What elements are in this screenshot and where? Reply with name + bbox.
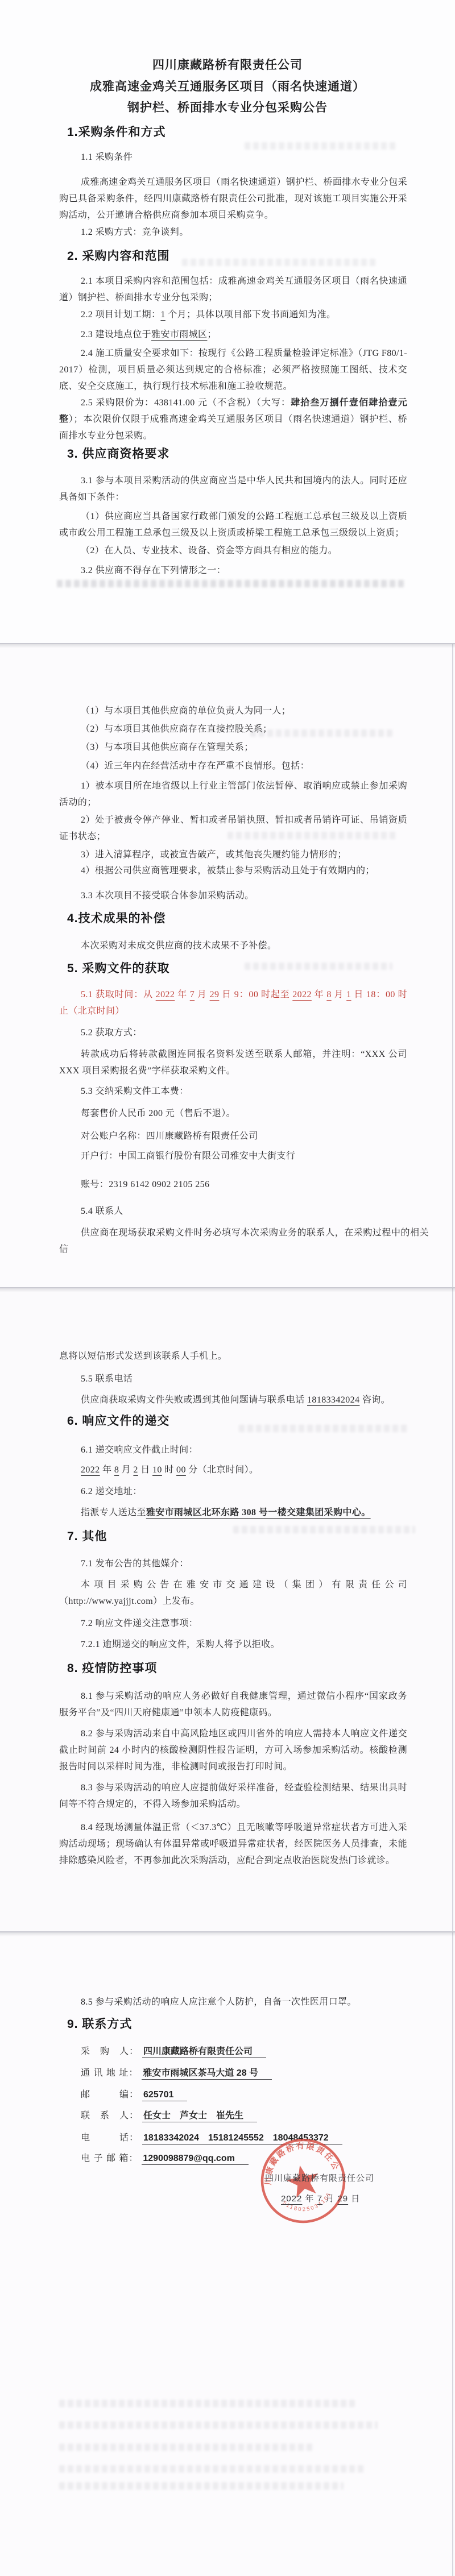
signature-date: 2022 年 7 月 29 日	[281, 2192, 360, 2204]
underlined-duration: 1	[160, 310, 165, 320]
paragraph-account-name: 对公账户名称：四川康藏路桥有限责任公司	[59, 1128, 407, 1144]
ghost-text	[59, 2400, 355, 2407]
text: 月	[332, 990, 346, 999]
underlined-year: 2022	[292, 990, 312, 999]
paragraph-8-2: 8.2 参与采购活动来自中高风险地区或四川省外的响应人需持本人响应文件递交截止时…	[59, 1725, 407, 1775]
text: 年	[175, 990, 189, 999]
underlined-day: 29	[337, 2194, 348, 2204]
paragraph-delivery-address: 指派专人送达至雅安市雨城区北环东路 308 号一楼交建集团采购中心。	[59, 1504, 407, 1521]
ghost-text	[245, 963, 392, 970]
underlined-year: 2022	[156, 990, 175, 999]
paragraph-4-1: 本次采购对未成交供应商的技术成果不予补偿。	[59, 938, 407, 954]
underlined-hour: 10	[152, 1465, 162, 1475]
paragraph-3-2: 3.2 供应商不得存在下列情形之一：	[59, 562, 407, 579]
list-item: （1）与本项目其他供应商的单位负责人为同一人；	[59, 703, 407, 719]
section-heading-9: 9. 联系方式	[67, 2017, 431, 2032]
text: 供应商获取采购文件失败或遇到其他问题请与联系电话	[81, 1395, 307, 1405]
ghost-text	[59, 2444, 315, 2451]
ghost-text	[59, 2421, 378, 2429]
text: 月	[119, 1465, 133, 1475]
paragraph-5-5-detail: 供应商获取采购文件失败或遇到其他问题请与联系电话 18183342024 咨询。	[59, 1392, 407, 1408]
paragraph-2-2: 2.2 项目计划工期：1 个月；具体以项目部下发书面通知为准。	[59, 306, 407, 323]
list-item: 3）进入清算程序，或被宣告破产，或其他丧失履约能力情形的；	[59, 847, 407, 863]
ghost-text	[182, 259, 375, 266]
paragraph-5-4: 5.4 联系人	[59, 1203, 407, 1219]
section-heading-8: 8. 疫情防控事项	[67, 1661, 431, 1676]
paragraph-3-1: 3.1 参与本项目采购活动的供应商应当是中华人民共和国境内的法人。同时还应具备如…	[59, 472, 407, 505]
paragraph-8-3: 8.3 参与采购活动的响应人应提前做好采样准备，经查验检测结果、结果出具时间等不…	[59, 1779, 407, 1812]
field-label: 电 话：	[81, 2133, 139, 2143]
document-page-4: 8.5 参与采购活动的响应人应注意个人防护，自备一次性医用口罩。 9. 联系方式…	[0, 1931, 455, 2576]
list-item: （2）在人员、专业技术、设备、资金等方面具有相应的能力。	[59, 542, 407, 559]
paragraph-bank: 开户行：中国工商银行股份有限公司雅安中大街支行	[59, 1148, 407, 1164]
paragraph-7-2: 7.2 响应文件递交注意事项：	[59, 1615, 407, 1632]
paragraph-3-3: 3.3 本次项目不接受联合体参加采购活动。	[59, 887, 407, 904]
document-page-3: 息将以短信形式发送到该联系人手机上。 5.5 联系电话 供应商获取采购文件失败或…	[0, 1287, 455, 1931]
text: 咨询。	[359, 1395, 390, 1405]
page-edge-line	[452, 644, 453, 1287]
underlined-month: 8	[326, 990, 331, 999]
paragraph-2-5: 2.5 采购限价为：438141.00 元（不含税）（大写：肆拾叁万捌仟壹佰肆拾…	[59, 395, 407, 444]
field-label: 邮 编：	[81, 2090, 139, 2100]
field-row-contacts: 联 系 人：任女士 芦女士 崔先生	[81, 2108, 257, 2121]
paragraph-2-1: 2.1 本项目采购内容和范围包括：成雅高速金鸡关互通服务区项目（雨名快速通道）钢…	[59, 273, 407, 306]
paragraph-5-4-detail: 供应商在现场获取采购文件时务必填写本次采购业务的联系人，在采购过程中的相关信	[59, 1225, 429, 1258]
page-edge-line	[452, 1932, 453, 2576]
field-value: 625701	[142, 2090, 187, 2101]
document-page-2: （1）与本项目其他供应商的单位负责人为同一人； （2）与本项目其他供应商存在直接…	[0, 643, 455, 1287]
underlined-location: 雅安市雨城区	[151, 330, 207, 339]
section-heading-4: 4.技术成果的补偿	[67, 911, 431, 926]
page-edge-line	[452, 1288, 453, 1931]
text: 日 9：00 时起至	[219, 990, 292, 999]
field-value: 1290098879@qq.com	[142, 2154, 248, 2165]
paragraph-5-5: 5.5 联系电话	[59, 1371, 407, 1387]
field-row-email: 电 子 邮 箱：1290098879@qq.com	[81, 2151, 249, 2164]
paragraph-5-1-obtain-time: 5.1 获取时间：从 2022 年 7 月 29 日 9：00 时起至 2022…	[59, 986, 407, 1019]
paragraph-price: 每套售价人民币 200 元（售后不退）。	[59, 1105, 407, 1122]
text: 指派专人送达至	[81, 1508, 146, 1517]
ghost-text	[59, 2465, 366, 2473]
list-item: （3）与本项目其他供应商存在管理关系；	[59, 739, 407, 756]
ghost-text	[245, 142, 398, 150]
list-item: 2）处于被责令停产停业、暂扣或者吊销执照、暂扣或者吊销许可证、吊销资质证书状态；	[59, 812, 407, 845]
text: 日	[348, 2194, 360, 2204]
field-row-purchaser: 采 购 人：四川康藏路桥有限责任公司	[81, 2044, 266, 2057]
underlined-day: 29	[210, 990, 220, 999]
underlined-minute: 00	[176, 1465, 186, 1475]
field-value: 雅安市雨城区茶马大道 28 号	[142, 2068, 272, 2080]
text: ；	[207, 330, 216, 339]
paragraph-1-1: 成雅高速金鸡关互通服务区项目（雨名快速通道）钢护栏、桥面排水专业分包采购已具备采…	[59, 174, 407, 223]
field-label: 采 购 人：	[81, 2047, 139, 2056]
scanned-procurement-announcement: 四川康藏路桥有限责任公司 成雅高速金鸡关互通服务区项目（雨名快速通道） 钢护栏、…	[0, 0, 455, 2576]
text: 月	[195, 990, 209, 999]
underlined-year: 2022	[81, 1465, 100, 1475]
text: 月	[322, 2194, 337, 2204]
paragraph-account-number: 账号：2319 6142 0902 2105 256	[59, 1176, 407, 1193]
ghost-text	[59, 2482, 344, 2490]
paragraph-7-1: 7.1 发布公告的其他媒介：	[59, 1555, 407, 1572]
text: 分（北京时间）。	[186, 1465, 259, 1475]
text: 年	[100, 1465, 114, 1475]
ghost-text	[57, 580, 404, 587]
underlined-phone: 18183342024	[307, 1395, 359, 1405]
field-label: 电 子 邮 箱：	[81, 2154, 138, 2163]
text: 年	[312, 990, 326, 999]
section-heading-1: 1.采购条件和方式	[67, 125, 431, 140]
list-item: 1）被本项目所在地省级以上行业主管部门依法暂停、取消响应或禁止参加采购活动的；	[59, 778, 407, 811]
underlined-day: 2	[133, 1465, 138, 1475]
list-item: （1）供应商应当具备国家行政部门颁发的公路工程施工总承包三级及以上资质或市政公用…	[59, 508, 407, 541]
underlined-month: 7	[317, 2194, 322, 2204]
text: 日	[138, 1465, 152, 1475]
text: 2.5 采购限价为：438141.00 元（不含税）（大写：	[81, 398, 291, 408]
paragraph-8-5: 8.5 参与采购活动的响应人应注意个人防护，自备一次性医用口罩。	[59, 1994, 407, 2010]
title-project: 成雅高速金鸡关互通服务区项目（雨名快速通道）	[0, 80, 455, 94]
subsection-1-1: 1.1 采购条件	[59, 149, 407, 165]
paragraph-5-2: 5.2 获取方式：	[59, 1024, 407, 1041]
ghost-text	[227, 832, 398, 839]
paragraph-6-2: 6.2 递交地址：	[59, 1483, 407, 1500]
field-row-postcode: 邮 编：625701	[81, 2087, 187, 2100]
underlined-address: 雅安市雨城区北环东路 308 号一楼交建集团采购中心。	[146, 1508, 371, 1517]
text: 时	[162, 1465, 176, 1475]
text: 5.1 获取时间：从	[81, 990, 156, 999]
paragraph-2-4: 2.4 施工质量安全要求如下：按现行《公路工程质量检验评定标准》（JTG F80…	[59, 345, 407, 395]
paragraph-7-2-1: 7.2.1 逾期递交的响应文件，采购人将予以拒收。	[59, 1636, 407, 1653]
paragraph-6-1: 6.1 递交响应文件截止时间：	[59, 1442, 407, 1458]
underlined-month: 7	[190, 990, 195, 999]
signature-company: 四川康藏路桥有限责任公司	[265, 2172, 374, 2184]
field-label: 通 讯 地 址：	[81, 2068, 138, 2078]
title-announcement: 钢护栏、桥面排水专业分包采购公告	[0, 101, 455, 115]
ghost-text	[233, 1526, 415, 1533]
title-company: 四川康藏路桥有限责任公司	[0, 58, 455, 73]
text: 2.3 建设地点位于	[81, 330, 151, 339]
paragraph-5-4-continued: 息将以短信形式发送到该联系人手机上。	[59, 1348, 407, 1364]
paragraph-8-4: 8.4 经现场测量体温正常（＜37.3℃）且无咳嗽等呼吸道异常症状者方可进入采购…	[59, 1819, 407, 1869]
field-value: 四川康藏路桥有限责任公司	[142, 2047, 266, 2058]
ghost-text	[239, 1425, 409, 1432]
text: 个月；具体以项目部下发书面通知为准。	[166, 310, 336, 320]
underlined-year: 2022	[281, 2194, 302, 2204]
document-page-1: 四川康藏路桥有限责任公司 成雅高速金鸡关互通服务区项目（雨名快速通道） 钢护栏、…	[0, 0, 455, 643]
text: 年	[302, 2194, 317, 2204]
underlined-day: 1	[346, 990, 351, 999]
field-label: 联 系 人：	[81, 2111, 139, 2121]
text: 2.2 项目计划工期：	[81, 310, 160, 320]
paragraph-2-3: 2.3 建设地点位于雅安市雨城区；	[59, 326, 407, 343]
paragraph-8-1: 8.1 参与采购活动的响应人务必做好自我健康管理，通过微信小程序“国家政务服务平…	[59, 1688, 407, 1721]
list-item: 4）根据公司供应商管理要求，被禁止参与采购活动且处于有效期内的；	[59, 862, 407, 879]
paragraph-5-2-detail: 转款成功后将转款截图连同报名资料发送至联系人邮箱，并注明：“XXX 公司 XXX…	[59, 1046, 407, 1079]
underlined-month: 8	[114, 1465, 119, 1475]
subsection-1-2: 1.2 采购方式：竞争谈判。	[59, 224, 407, 240]
ghost-text	[250, 729, 392, 737]
field-value: 任女士 芦女士 崔先生	[142, 2111, 257, 2122]
list-item: （4）近三年内在经营活动中存在严重不良情形。包括：	[59, 758, 407, 774]
field-row-address: 通 讯 地 址：雅安市雨城区茶马大道 28 号	[81, 2065, 272, 2079]
paragraph-deadline: 2022 年 8 月 2 日 10 时 00 分（北京时间）。	[59, 1462, 407, 1478]
paragraph-7-1-detail: 本项目采购公告在雅安市交通建设（集团）有限责任公司（http://www.yaj…	[59, 1577, 407, 1610]
text: ）；本次限价仅限于成雅高速金鸡关互通服务区项目（雨名快速通道）钢护栏、桥面排水专…	[59, 414, 407, 441]
paragraph-5-3: 5.3 交纳采购文件工本费：	[59, 1083, 407, 1100]
section-heading-3: 3. 供应商资格要求	[67, 447, 431, 462]
